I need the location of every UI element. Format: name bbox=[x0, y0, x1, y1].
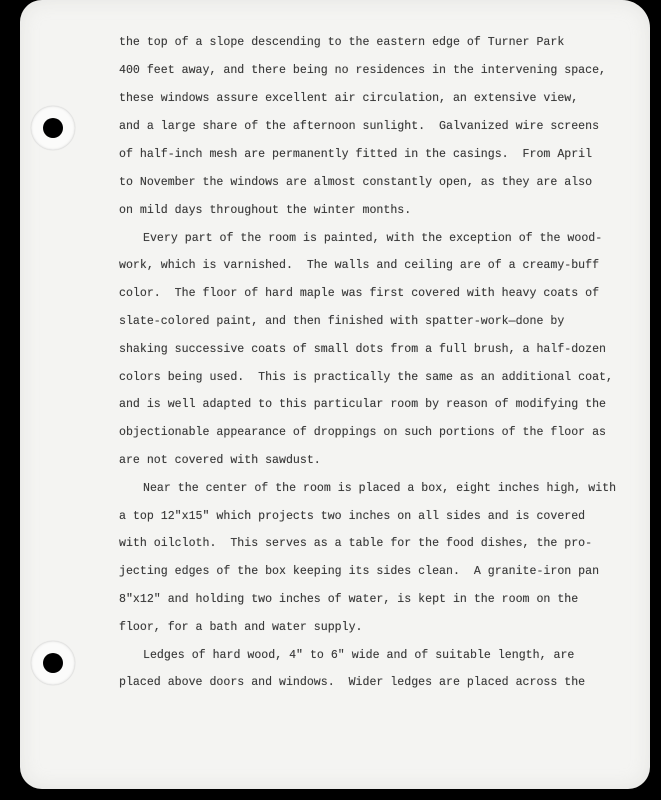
text-line: are not covered with sawdust. bbox=[119, 454, 321, 468]
text-line: jecting edges of the box keeping its sid… bbox=[119, 565, 599, 579]
text-line: 8"x12" and holding two inches of water, … bbox=[119, 593, 578, 607]
text-line: color. The floor of hard maple was first… bbox=[119, 287, 599, 301]
text-line: colors being used. This is practically t… bbox=[119, 371, 613, 385]
document-body: the top of a slope descending to the eas… bbox=[0, 0, 661, 800]
text-line: floor, for a bath and water supply. bbox=[119, 621, 363, 635]
text-line: placed above doors and windows. Wider le… bbox=[119, 676, 585, 690]
text-line: 400 feet away, and there being no reside… bbox=[119, 64, 606, 78]
text-line: objectionable appearance of droppings on… bbox=[119, 426, 606, 440]
text-line: shaking successive coats of small dots f… bbox=[119, 343, 606, 357]
text-line: slate-colored paint, and then finished w… bbox=[119, 315, 564, 329]
text-line: on mild days throughout the winter month… bbox=[119, 204, 411, 218]
text-line: and is well adapted to this particular r… bbox=[119, 398, 606, 412]
text-line: to November the windows are almost const… bbox=[119, 176, 592, 190]
text-line: Near the center of the room is placed a … bbox=[143, 482, 616, 496]
text-line: work, which is varnished. The walls and … bbox=[119, 259, 599, 273]
text-line: Ledges of hard wood, 4" to 6" wide and o… bbox=[143, 649, 574, 663]
text-line: of half-inch mesh are permanently fitted… bbox=[119, 148, 592, 162]
text-line: Every part of the room is painted, with … bbox=[143, 232, 602, 246]
text-line: with oilcloth. This serves as a table fo… bbox=[119, 537, 592, 551]
text-line: these windows assure excellent air circu… bbox=[119, 92, 578, 106]
text-line: the top of a slope descending to the eas… bbox=[119, 36, 564, 50]
text-line: a top 12"x15" which projects two inches … bbox=[119, 510, 585, 524]
text-line: and a large share of the afternoon sunli… bbox=[119, 120, 599, 134]
